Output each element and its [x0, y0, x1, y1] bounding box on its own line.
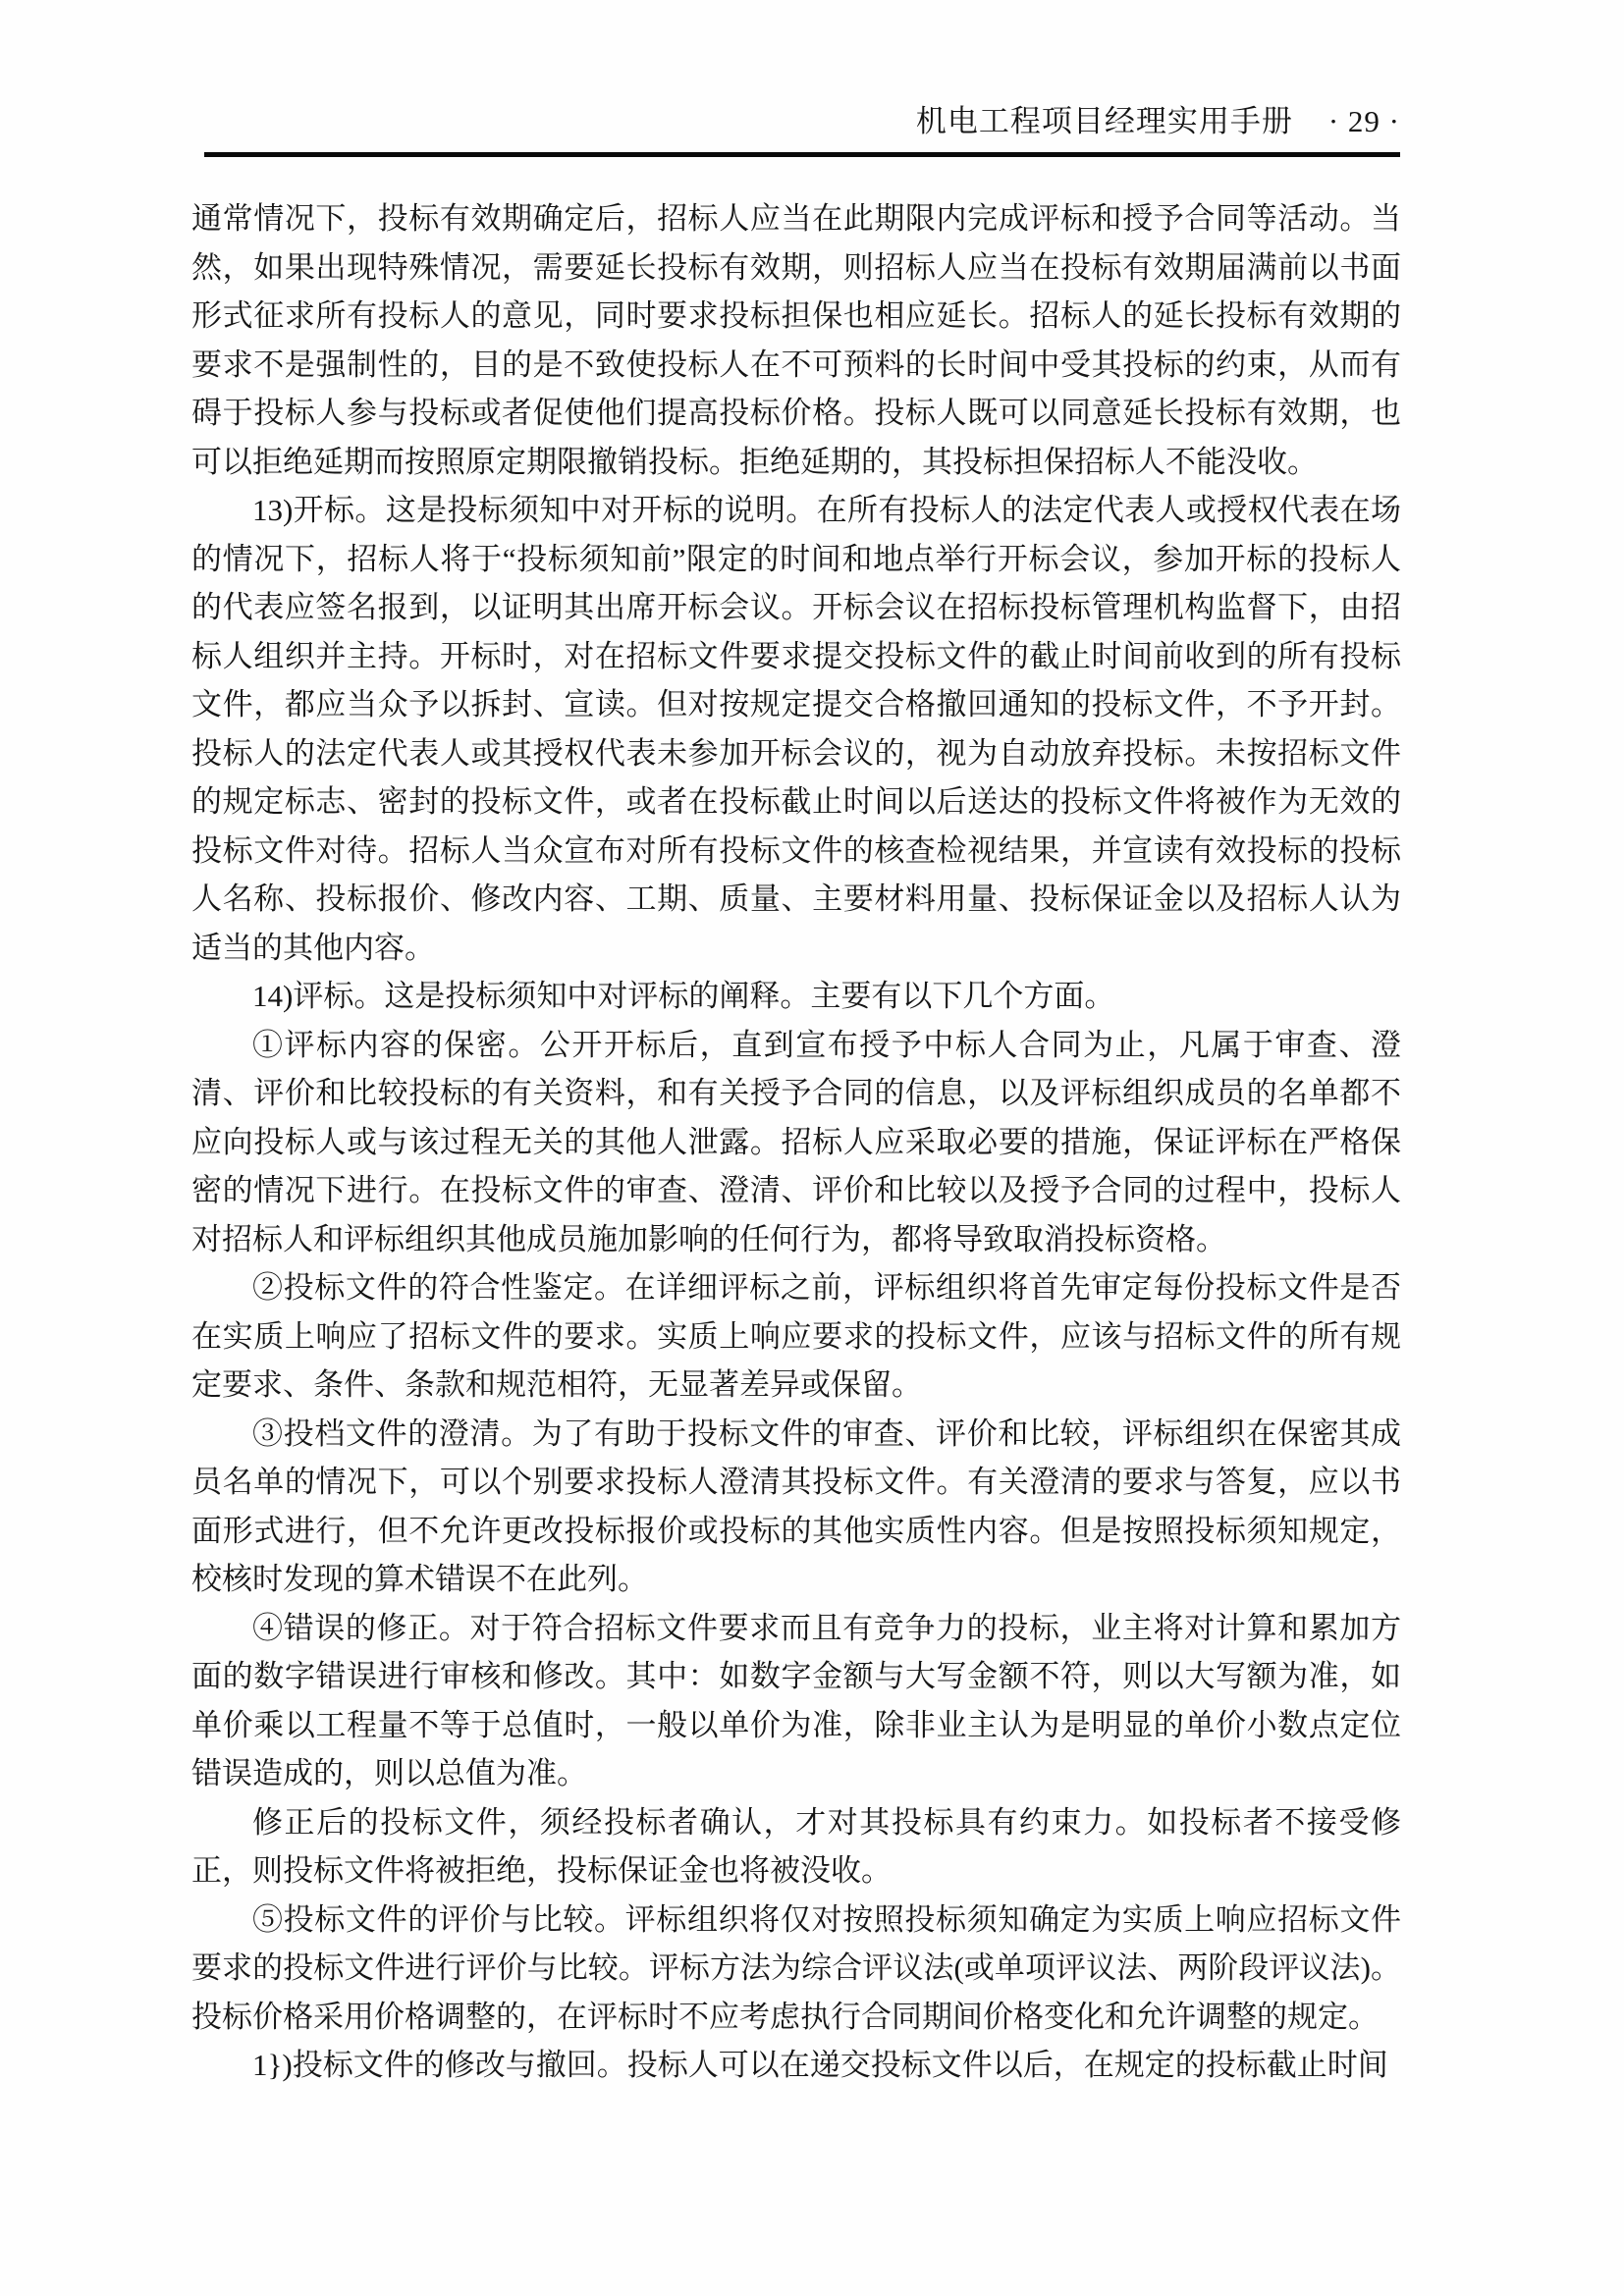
book-title: 机电工程项目经理实用手册 [916, 104, 1293, 138]
paragraph: 1})投标文件的修改与撤回。投标人可以在递交投标文件以后，在规定的投标截止时间 [191, 2041, 1401, 2090]
paragraph: ②投标文件的符合性鉴定。在详细评标之前，评标组织将首先审定每份投标文件是否在实质… [191, 1263, 1401, 1410]
paragraph: ④错误的修正。对于符合招标文件要求而且有竞争力的投标，业主将对计算和累加方面的数… [191, 1604, 1401, 1798]
page-header: 机电工程项目经理实用手册· 29 · [204, 96, 1400, 157]
paragraph: ⑤投标文件的评价与比较。评标组织将仅对按照投标须知确定为实质上响应招标文件要求的… [191, 1896, 1401, 2042]
paragraph: 修正后的投标文件，须经投标者确认，才对其投标具有约束力。如投标者不接受修正，则投… [191, 1798, 1401, 1896]
book-page: 机电工程项目经理实用手册· 29 · 通常情况下，投标有效期确定后，招标人应当在… [0, 0, 1624, 2296]
paragraph: 通常情况下，投标有效期确定后，招标人应当在此期限内完成评标和授予合同等活动。当然… [191, 194, 1401, 486]
paragraph: ①评标内容的保密。公开开标后，直到宣布授予中标人合同为止，凡属于审查、澄清、评价… [191, 1021, 1401, 1264]
document-body: 通常情况下，投标有效期确定后，招标人应当在此期限内完成评标和授予合同等活动。当然… [191, 194, 1401, 2090]
paragraph: 13)开标。这是投标须知中对开标的说明。在所有投标人的法定代表人或授权代表在场的… [191, 486, 1401, 972]
paragraph: ③投档文件的澄清。为了有助于投标文件的审查、评价和比较，评标组织在保密其成员名单… [191, 1410, 1401, 1604]
paragraph: 14)评标。这是投标须知中对评标的阐释。主要有以下几个方面。 [191, 972, 1401, 1021]
page-number: · 29 · [1328, 104, 1400, 138]
